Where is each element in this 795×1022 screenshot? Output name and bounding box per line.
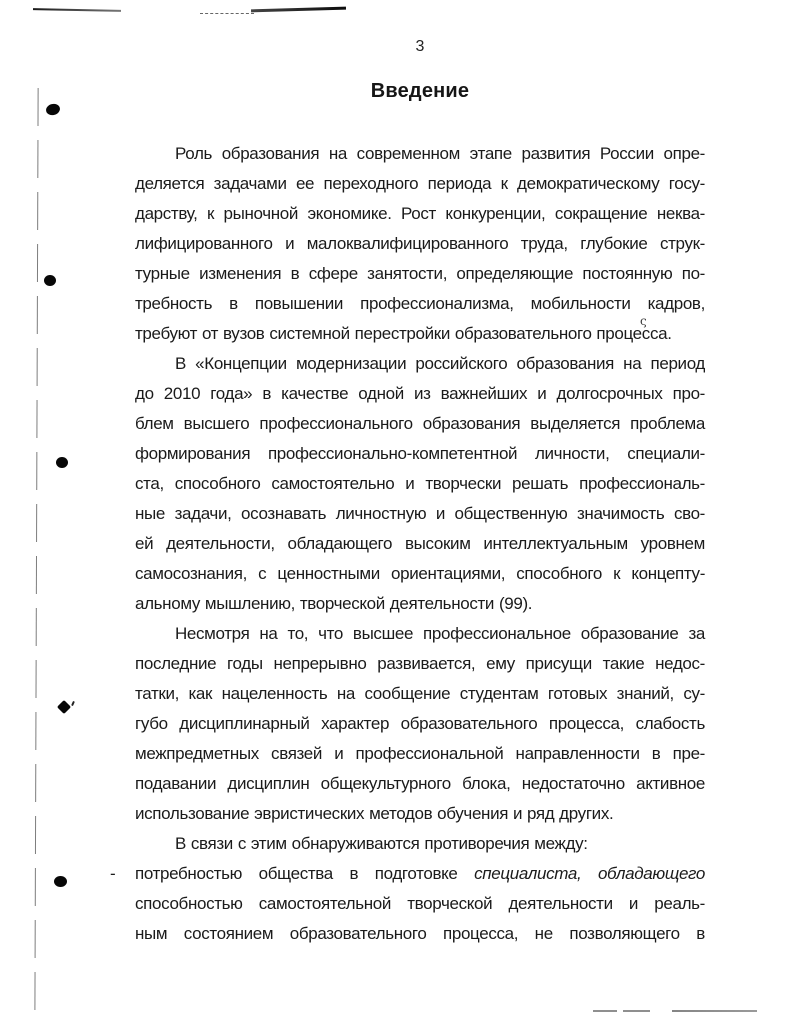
ink-blot bbox=[56, 457, 68, 468]
text-line: альному мышлению, творческой деятельност… bbox=[135, 589, 705, 619]
paragraph: Роль образования на современном этапе ра… bbox=[135, 139, 705, 349]
page-number: 3 bbox=[135, 38, 705, 56]
text-line: губо дисциплинарный характер образовател… bbox=[135, 709, 705, 739]
text-line: формирования профессионально-компетентно… bbox=[135, 439, 705, 469]
text-line: способностью самостоятельной творческой … bbox=[135, 889, 705, 919]
paragraph: В связи с этим обнаруживаются противореч… bbox=[135, 829, 705, 859]
text-line: В связи с этим обнаруживаются противореч… bbox=[135, 829, 705, 859]
scan-streak-bottom bbox=[593, 1010, 617, 1012]
text-line: деляется задачами ее переходного периода… bbox=[135, 169, 705, 199]
text-line: ей деятельности, обладающего высоким инт… bbox=[135, 529, 705, 559]
text-line: межпредметных связей и профессиональной … bbox=[135, 739, 705, 769]
text-line: дарству, к рыночной экономике. Рост конк… bbox=[135, 199, 705, 229]
body-text: Роль образования на современном этапе ра… bbox=[135, 139, 705, 949]
text-line: подавании дисциплин общекультурного блок… bbox=[135, 769, 705, 799]
text-line: потребностью общества в подготовке специ… bbox=[135, 859, 705, 889]
text-line: последние годы непрерывно развивается, е… bbox=[135, 649, 705, 679]
text-line: требность в повышении профессионализма, … bbox=[135, 289, 705, 319]
scanned-document-page: ς 3 Введение Роль образования на совреме… bbox=[0, 0, 795, 1022]
section-title: Введение bbox=[135, 80, 705, 103]
text-line: использование эвристических методов обуч… bbox=[135, 799, 705, 829]
ink-blot bbox=[54, 876, 67, 887]
paragraph: Несмотря на то, что высшее профессиональ… bbox=[135, 619, 705, 829]
text-line: блем высшего профессионального образован… bbox=[135, 409, 705, 439]
scan-streak-bottom bbox=[623, 1010, 650, 1012]
ink-blot bbox=[44, 275, 56, 286]
ink-blot-tick bbox=[71, 701, 75, 706]
list-dash-marker: - bbox=[110, 859, 130, 889]
text-line: турные изменения в сфере занятости, опре… bbox=[135, 259, 705, 289]
text-line: татки, как нацеленность на сообщение сту… bbox=[135, 679, 705, 709]
text-line: ста, способного самостоятельно и творчес… bbox=[135, 469, 705, 499]
text-line: самосознания, с ценностными ориентациями… bbox=[135, 559, 705, 589]
text-line: лифицированного и малоквалифицированного… bbox=[135, 229, 705, 259]
text-line: до 2010 года» в качестве одной из важней… bbox=[135, 379, 705, 409]
text-line: Несмотря на то, что высшее профессиональ… bbox=[135, 619, 705, 649]
scan-dashes-top-center bbox=[200, 13, 254, 14]
text-segment-italic: специалиста, обладающего bbox=[474, 864, 705, 883]
text-line: требуют от вузов системной перестройки о… bbox=[135, 319, 705, 349]
text-segment: потребностью общества в подготовке bbox=[135, 864, 474, 883]
ink-blot bbox=[45, 102, 61, 116]
scan-streak-bottom bbox=[672, 1010, 757, 1012]
paragraph: В «Концепции модернизации российского об… bbox=[135, 349, 705, 619]
scan-streak-top-left bbox=[33, 8, 121, 12]
text-line: ным состоянием образовательного процесса… bbox=[135, 919, 705, 949]
text-line: Роль образования на современном этапе ра… bbox=[135, 139, 705, 169]
list-item-contradiction: - потребностью общества в подготовке спе… bbox=[135, 859, 705, 949]
text-line: ные задачи, осознавать личностную и обще… bbox=[135, 499, 705, 529]
ink-blot-diamond bbox=[57, 700, 71, 714]
scan-streak-top-center bbox=[251, 7, 346, 13]
binding-edge-line bbox=[34, 88, 38, 1022]
text-line: В «Концепции модернизации российского об… bbox=[135, 349, 705, 379]
